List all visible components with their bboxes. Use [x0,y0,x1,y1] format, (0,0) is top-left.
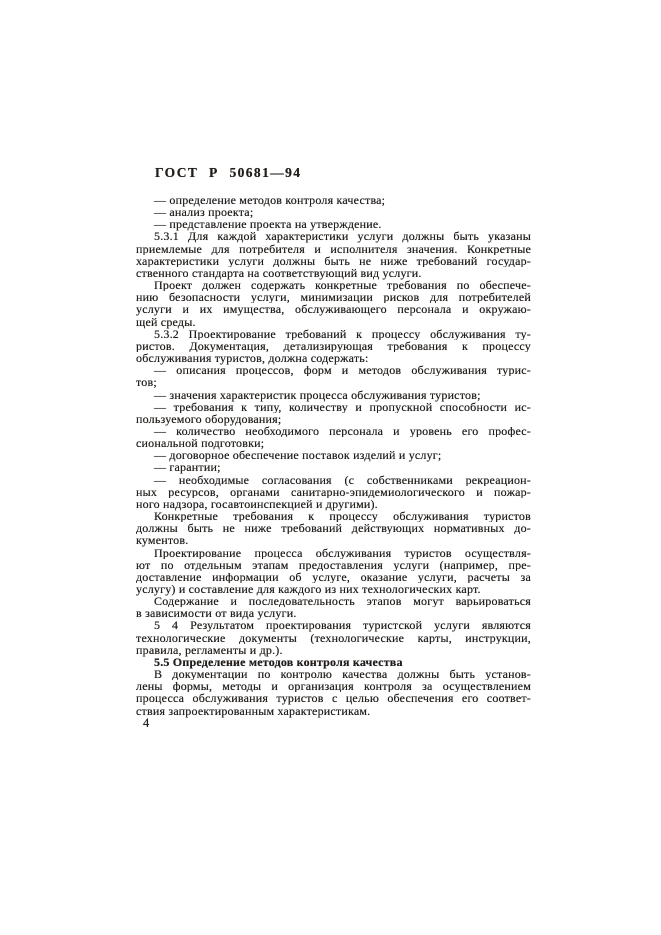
standard-code-header: ГОСТ Р 50681—94 [155,165,301,181]
text-line: ствия запроектированным характеристикам. [136,705,531,717]
text-line: услуги и их имущества, обслуживающего пе… [136,303,531,315]
text-line: кументов. [136,534,531,546]
text-line: Конкретные требования к процессу обслужи… [136,510,531,522]
text-line: в зависимости от вида услуги. [136,607,531,619]
text-line: Проект должен содержать конкретные требо… [136,279,531,291]
page-number: 4 [143,717,149,730]
text-line: пользуемого оборудования; [136,413,531,425]
body-text: — определение методов контроля качества;… [136,194,531,717]
text-line: — гарантии; [136,461,531,473]
text-line: технологические документы (технологическ… [136,632,531,644]
text-line: услугу) и составление для каждого из них… [136,583,531,595]
text-line: ного надзора, госавтоинспекцией и другим… [136,498,531,510]
text-line: должны быть не ниже требований действующ… [136,522,531,534]
text-line: ют по отдельным этапам предоставления ус… [136,559,531,571]
scanned-document-screenshot: { "document": { "standard_code": "ГОСТ Р… [0,0,661,935]
text-line: 5.3.2 Проектирование требований к процес… [136,328,531,340]
text-line: обслуживания туристов, должна содержать: [136,352,531,364]
text-line: 5.3.1 Для каждой характеристики услуги д… [136,230,531,242]
text-line: Проектирование процесса обслуживания тур… [136,547,531,559]
text-line: — представление проекта на утверждение. [136,218,531,230]
text-line: ственного стандарта на соответствующий в… [136,267,531,279]
text-line: нию безопасности услуги, минимизации рис… [136,291,531,303]
text-line: — описания процессов, форм и методов обс… [136,364,531,376]
text-line: процесса обслуживания туристов с целью о… [136,692,531,704]
text-line: — требования к типу, количеству и пропус… [136,401,531,413]
text-line: лены формы, методы и организация контрол… [136,680,531,692]
text-line: — значения характеристик процесса обслуж… [136,389,531,401]
text-line: — необходимые согласования (с собственни… [136,474,531,486]
text-line: приемлемые для потребителя и исполнителя… [136,243,531,255]
text-line: 5 4 Результатом проектирования туристско… [136,619,531,631]
text-line: 5.5 Определение методов контроля качеств… [136,656,531,668]
text-line: тов; [136,376,531,388]
text-line: В документации по контролю качества долж… [136,668,531,680]
text-line: щей среды. [136,316,531,328]
document-page: ГОСТ Р 50681—94 — определение методов ко… [0,0,661,935]
